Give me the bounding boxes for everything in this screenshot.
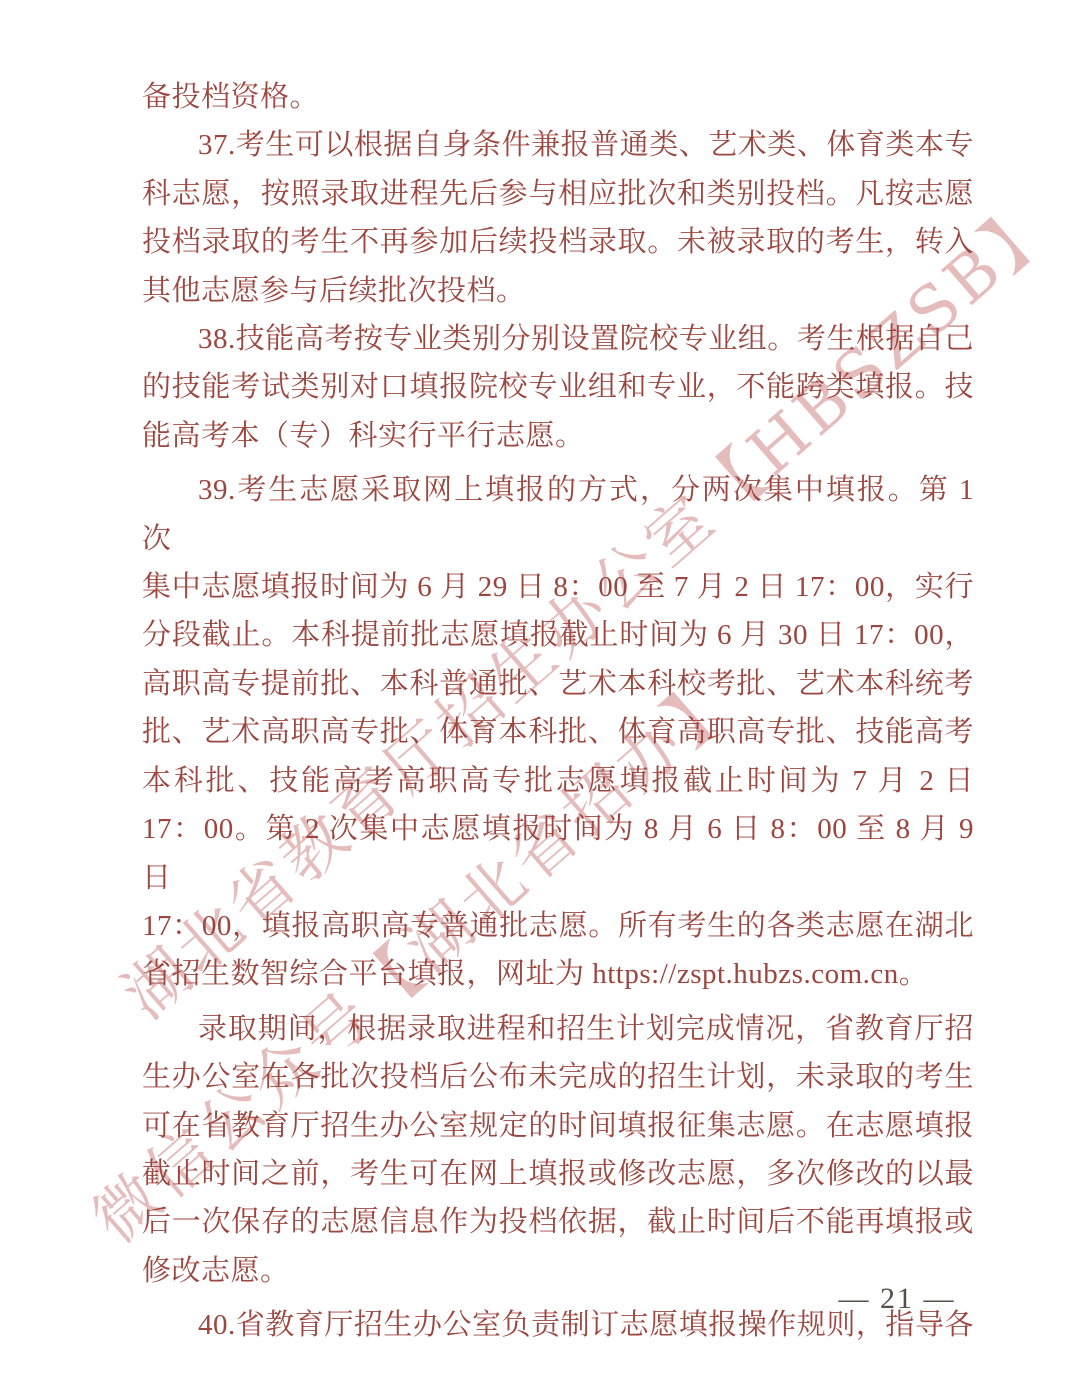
document-body: 备投档资格。37.考生可以根据自身条件兼报普通类、艺术类、体育类本专科志愿，按照… [142,73,974,1350]
text-line: 17：00。第 2 次集中志愿填报时间为 8 月 6 日 8：00 至 8 月 … [142,805,974,902]
text-line: 备投档资格。 [142,73,974,121]
text-line: 录取期间，根据录取进程和招生计划完成情况，省教育厅招 [142,1005,974,1053]
text-line: 能高考本（专）科实行平行志愿。 [142,412,974,460]
text-line: 分段截止。本科提前批志愿填报截止时间为 6 月 30 日 17：00， [142,611,974,659]
text-line: 后一次保存的志愿信息作为投档依据，截止时间后不能再填报或 [142,1198,974,1246]
text-line: 省招生数智综合平台填报，网址为 https://zspt.hubzs.com.c… [142,950,974,998]
text-line: 批、艺术高职高专批、体育本科批、体育高职高专批、技能高考 [142,708,974,756]
text-line: 38.技能高考按专业类别分别设置院校专业组。考生根据自己 [142,315,974,363]
document-page: 湖北省教育厅招生办公室【HBSZSB】 微信公众号【湖北省招办】 备投档资格。3… [0,0,1080,1383]
text-line: 39.考生志愿采取网上填报的方式，分两次集中填报。第 1 次 [142,466,974,563]
text-line: 高职高专提前批、本科普通批、艺术本科校考批、艺术本科统考 [142,660,974,708]
text-line: 科志愿，按照录取进程先后参与相应批次和类别投档。凡按志愿 [142,170,974,218]
text-line: 37.考生可以根据自身条件兼报普通类、艺术类、体育类本专 [142,121,974,169]
text-line: 本科批、技能高考高职高专批志愿填报截止时间为 7 月 2 日 [142,757,974,805]
text-line: 17：00，填报高职高专普通批志愿。所有考生的各类志愿在湖北 [142,902,974,950]
text-line: 投档录取的考生不再参加后续投档录取。未被录取的考生，转入 [142,218,974,266]
text-line: 截止时间之前，考生可在网上填报或修改志愿，多次修改的以最 [142,1150,974,1198]
text-line: 可在省教育厅招生办公室规定的时间填报征集志愿。在志愿填报 [142,1102,974,1150]
text-line: 生办公室在各批次投档后公布未完成的招生计划，未录取的考生 [142,1053,974,1101]
text-line: 的技能考试类别对口填报院校专业组和专业，不能跨类填报。技 [142,363,974,411]
text-line: 其他志愿参与后续批次投档。 [142,267,974,315]
text-line: 集中志愿填报时间为 6 月 29 日 8：00 至 7 月 2 日 17：00，… [142,563,974,611]
page-number: — 21 — [812,1282,982,1316]
